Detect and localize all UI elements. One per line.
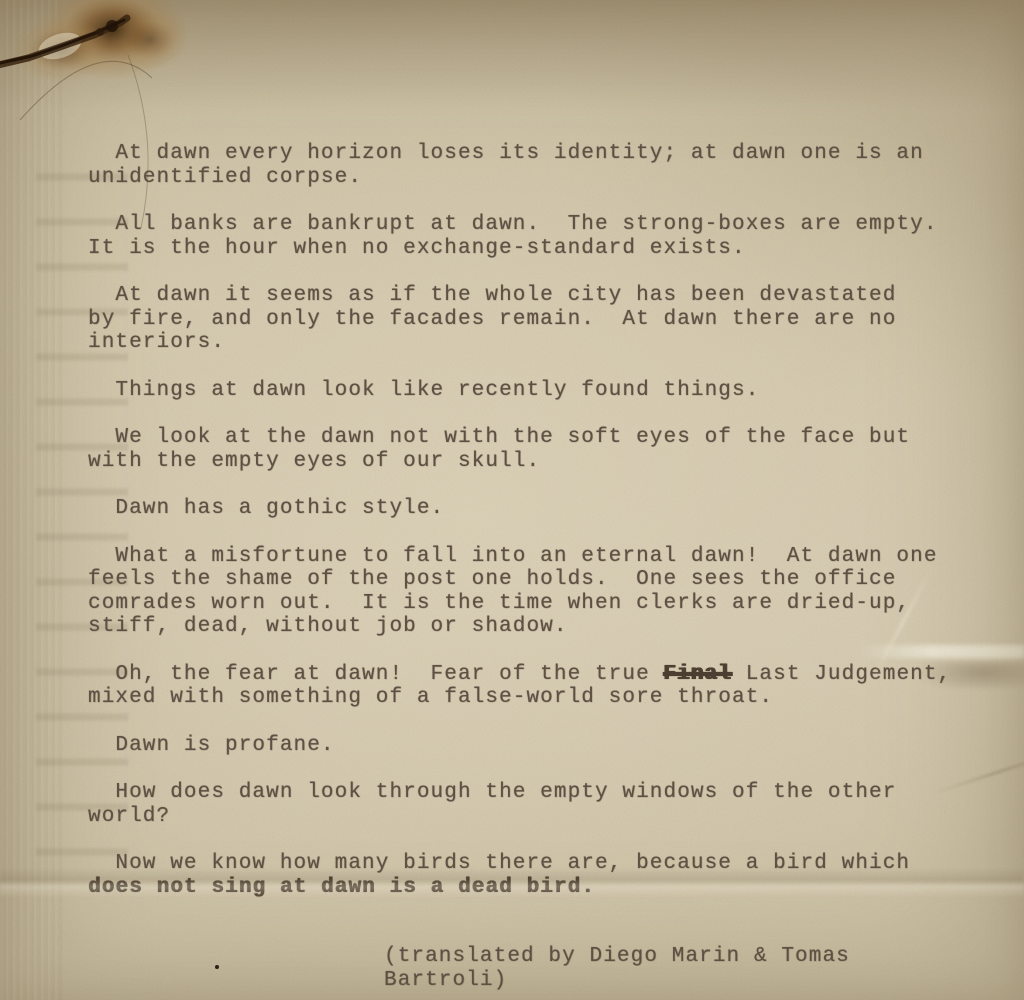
poem-paragraph: Dawn is profane. [88, 734, 960, 758]
poem-paragraph: How does dawn look through the empty win… [88, 781, 960, 828]
poem-paragraph: Things at dawn look like recently found … [88, 379, 960, 403]
paper-left-edge-texture [4, 0, 62, 1000]
typewritten-page: At dawn every horizon loses its identity… [0, 0, 1024, 1000]
ink-speck [215, 965, 219, 969]
poem-paragraph: At dawn it seems as if the whole city ha… [88, 284, 960, 355]
poem-line-doublestruck: does not sing at dawn is a dead bird. [88, 876, 595, 899]
paper-top-shading [0, 0, 1024, 110]
poem-paragraph: We look at the dawn not with the soft ey… [88, 426, 960, 473]
poem-paragraph: At dawn every horizon loses its identity… [88, 142, 960, 189]
poem-line: Now we know how many birds there are, be… [88, 852, 910, 875]
translator-credit: (translated by Diego Marin & Tomas Bartr… [384, 945, 960, 992]
poem-text: At dawn every horizon loses its identity… [88, 142, 960, 992]
poem-paragraph: What a misfortune to fall into an eterna… [88, 545, 960, 639]
poem-paragraph: Now we know how many birds there are, be… [88, 852, 960, 899]
poem-paragraph: All banks are bankrupt at dawn. The stro… [88, 213, 960, 260]
poem-paragraph-with-strikeout: Oh, the fear at dawn! Fear of the true F… [88, 663, 960, 710]
struck-out-word: Final [664, 663, 733, 686]
poem-paragraph: Dawn has a gothic style. [88, 497, 960, 521]
text-before-strikeout: Oh, the fear at dawn! Fear of the true [88, 663, 664, 686]
